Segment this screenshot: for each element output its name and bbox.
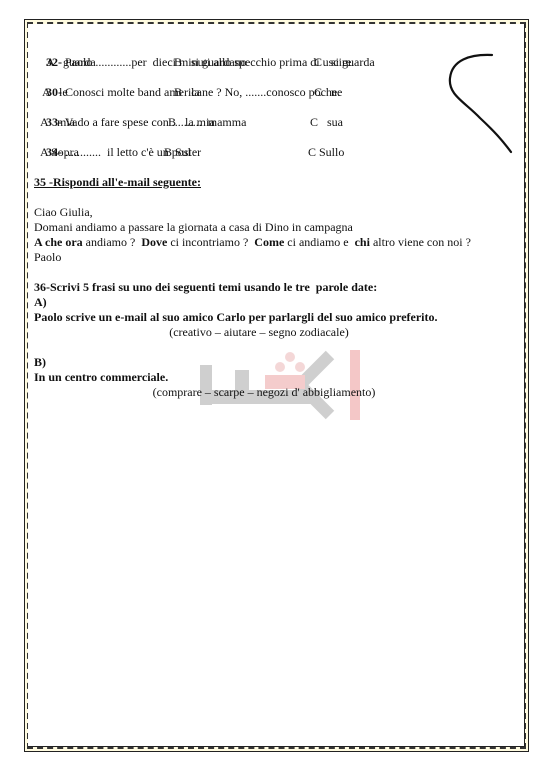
bold-text: A che ora [34,235,83,249]
option-a: A le [42,85,68,100]
question-34: 34- ............ il letto c'è un poster [34,130,514,145]
option-b: B la [174,85,200,100]
option-b: B la mia [168,115,215,130]
text: altro viene con noi ? [370,235,471,249]
option-c: C ne [314,85,342,100]
theme-b-label: B) [34,355,514,370]
theme-b-topic: In un centro commerciale. [34,370,514,385]
theme-a-topic: Paolo scrive un e-mail al suo amico Carl… [34,310,514,325]
worksheet-content: 32- Paolo ............per dieci minuti a… [34,40,514,400]
bold-text: chi [355,235,370,249]
bold-text: Dove [141,235,167,249]
option-b: B Sul [164,145,191,160]
question-32-options: A guarda B si guardano C si guarda [34,55,514,70]
option-c: C sua [310,115,343,130]
section-36-title: 36-Scrivi 5 frasi su uno dei seguenti te… [34,280,514,295]
text: andiamo ? [83,235,142,249]
question-30-options: A le B la C ne [34,85,514,100]
text: ci andiamo e [284,235,354,249]
section-35-title: 35 -Rispondi all'e-mail seguente: [34,175,514,190]
email-questions: A che ora andiamo ? Dove ci incontriamo … [34,235,514,250]
email-body: Domani andiamo a passare la giornata a c… [34,220,514,235]
email-greeting: Ciao Giulia, [34,205,514,220]
option-b: B si guardano [174,55,247,70]
option-c: C Sullo [308,145,344,160]
theme-a-words: (creativo – aiutare – segno zodiacale) [34,325,514,340]
question-32: 32- Paolo ............per dieci minuti a… [34,40,514,55]
text: ci incontriamo ? [167,235,254,249]
email-signature: Paolo [34,250,514,265]
theme-b-words: (comprare – scarpe – negozi d' abbigliam… [34,385,514,400]
option-a: A Sopra [40,145,79,160]
question-33: 33- Vado a fare spese con .......... mam… [34,100,514,115]
theme-a-label: A) [34,295,514,310]
question-34-options: A Sopra B Sul C Sullo [34,145,514,160]
question-30: 30- Conosci molte band americane ? No, .… [34,70,514,85]
bold-text: Come [254,235,284,249]
option-a: A guarda [46,55,96,70]
option-a: A mia [40,115,75,130]
question-33-options: A mia B la mia C sua [34,115,514,130]
option-c: C si guarda [314,55,375,70]
